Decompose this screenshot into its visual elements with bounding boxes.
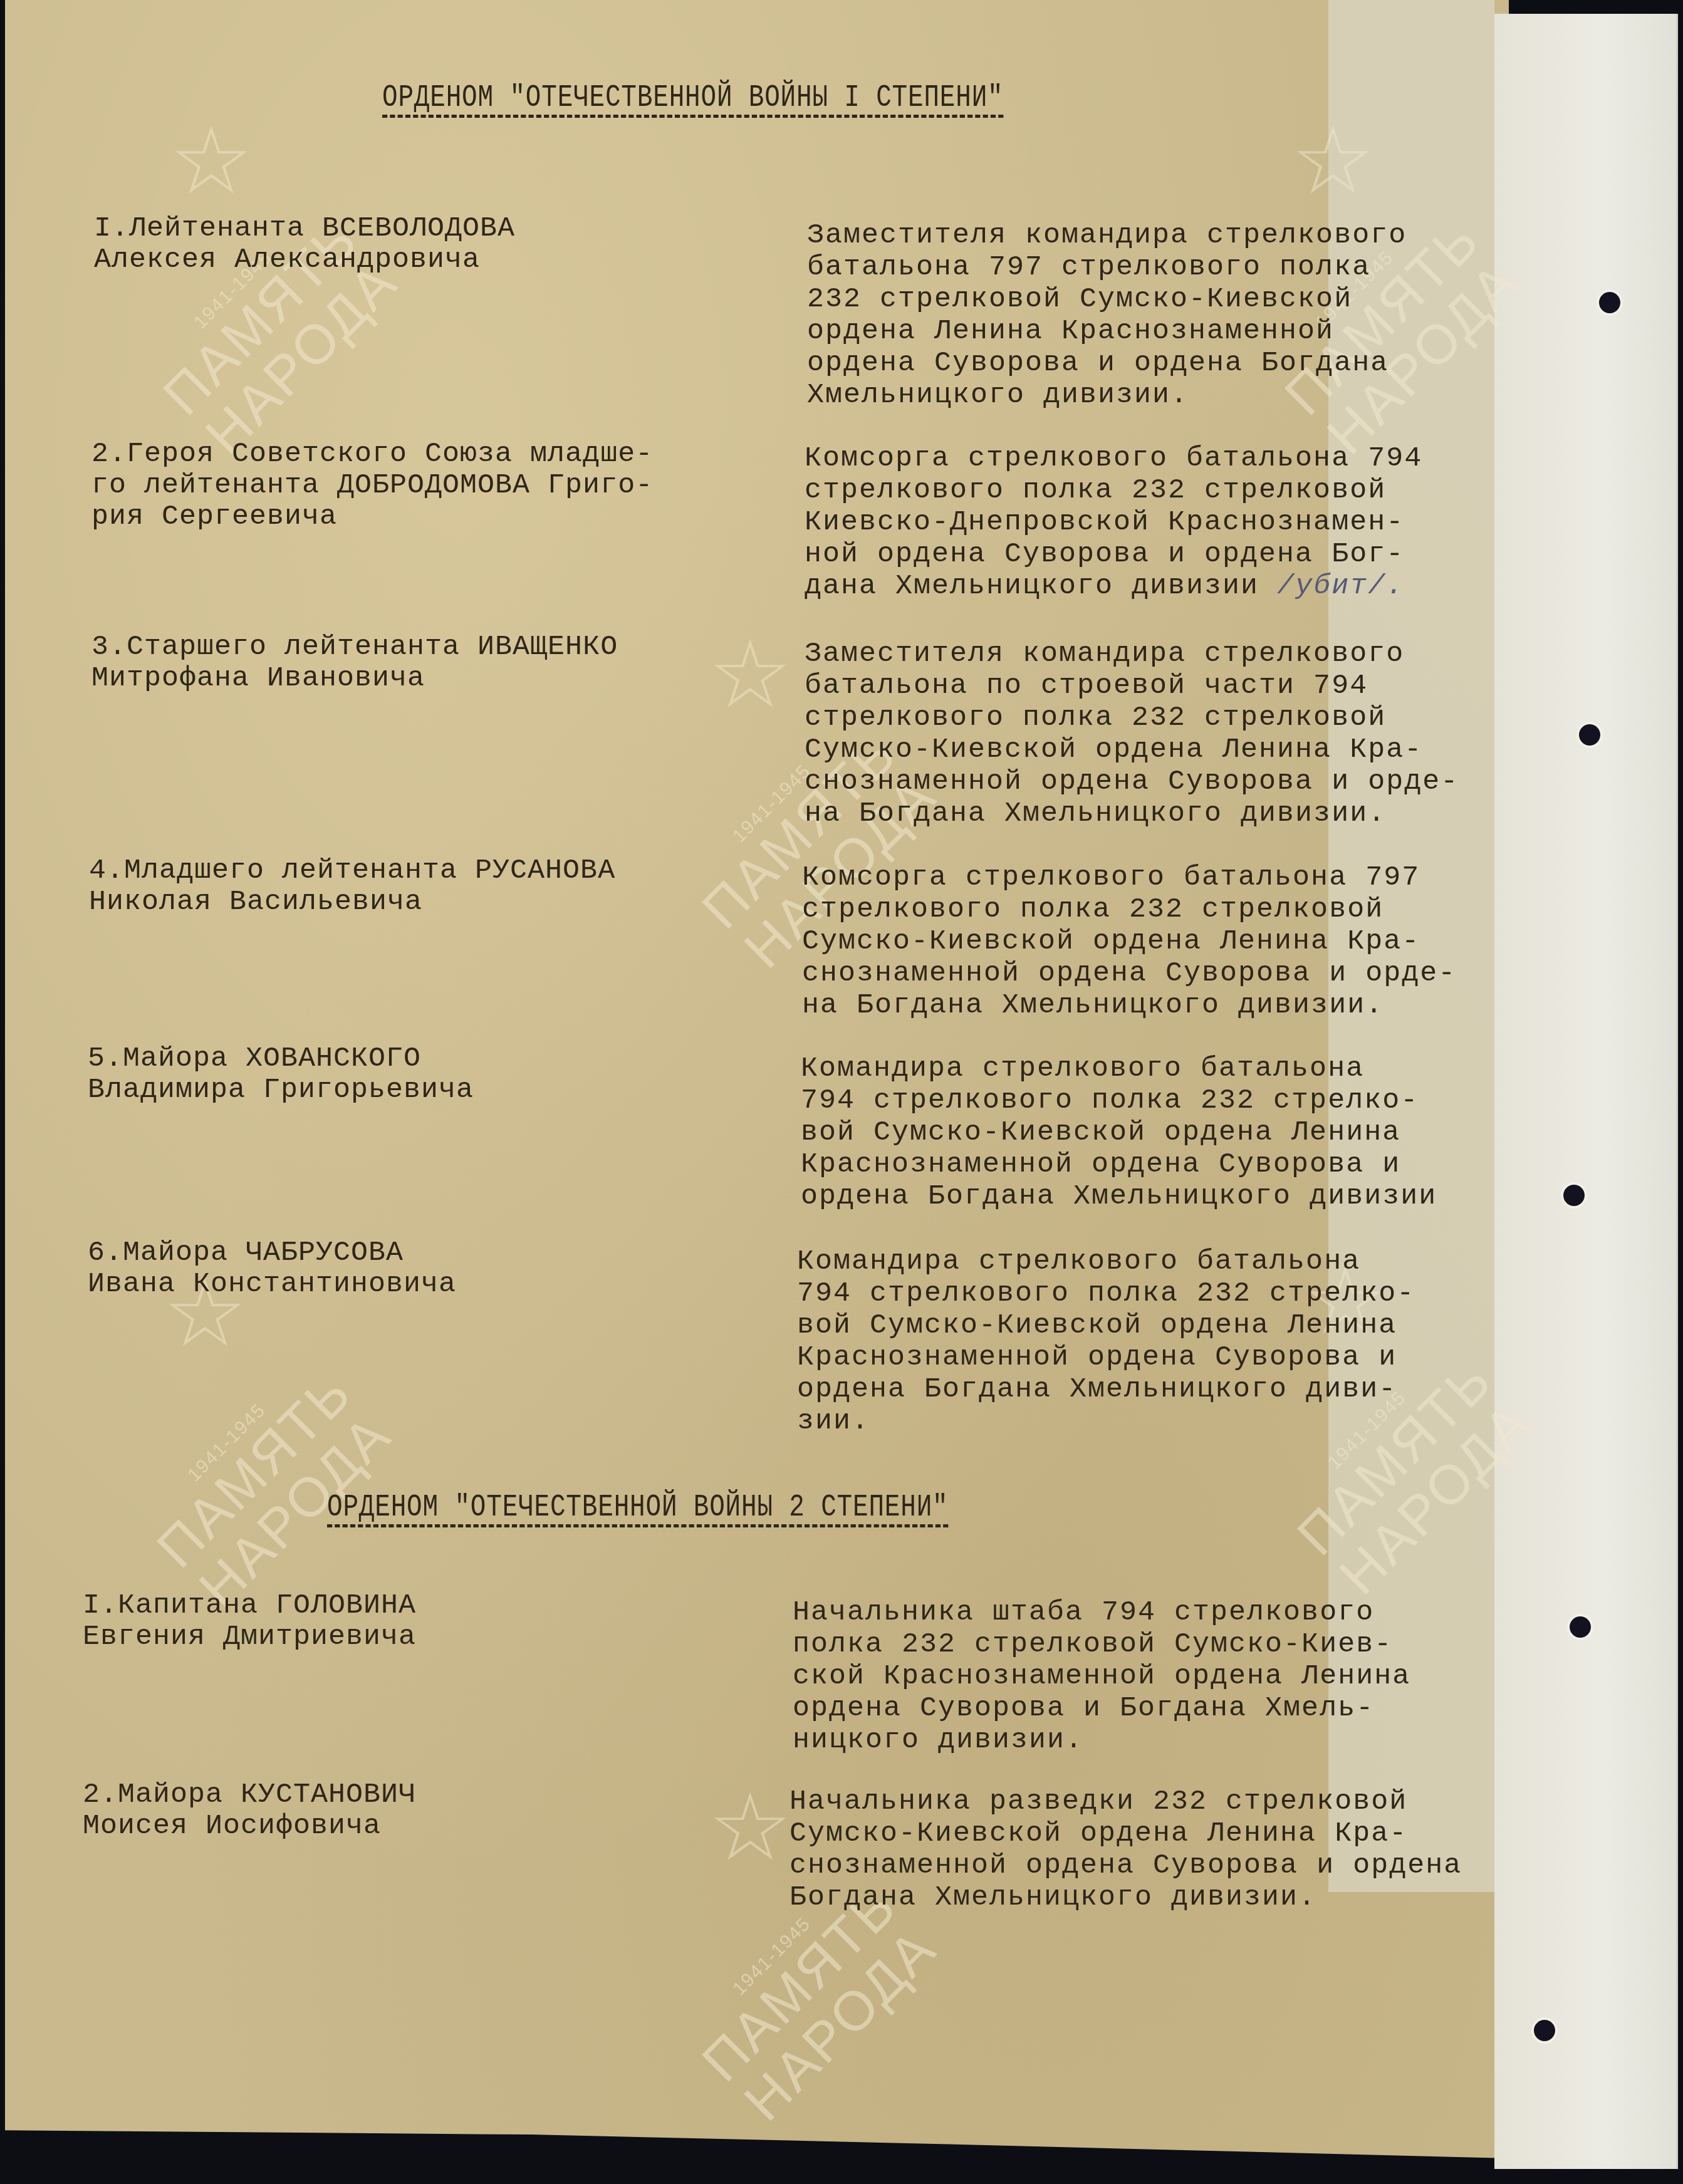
award-entry-position: Комсорга стрелкового батальона 797 стрел… xyxy=(802,861,1456,1021)
award-entry-position: Заместителя командира стрелкового баталь… xyxy=(805,638,1459,829)
section-heading-2: ОРДЕНОМ "ОТЕЧЕСТВЕННОЙ ВОЙНЫ 2 СТЕПЕНИ" xyxy=(327,1490,949,1526)
award-entry-name: 3.Старшего лейтенанта ИВАЩЕНКО Митрофана… xyxy=(91,632,618,694)
award-entry-name: I.Капитана ГОЛОВИНА Евгения Дмитриевича xyxy=(83,1590,416,1653)
document-content: ОРДЕНОМ "ОТЕЧЕСТВЕННОЙ ВОЙНЫ I СТЕПЕНИ" … xyxy=(0,0,1683,2184)
award-entry-position: Заместителя командира стрелкового баталь… xyxy=(807,219,1407,411)
award-entry-position: Комсорга стрелкового батальона 794 стрел… xyxy=(805,442,1422,602)
award-entry-position: Командира стрелкового батальона 794 стре… xyxy=(801,1053,1437,1212)
award-entry-name: 2.Майора КУСТАНОВИЧ Моисея Иосифовича xyxy=(83,1779,416,1842)
award-entry-position: Начальника штаба 794 стрелкового полка 2… xyxy=(793,1596,1410,1756)
award-entry-name: 4.Младшего лейтенанта РУСАНОВА Николая В… xyxy=(89,855,615,918)
award-entry-name: 6.Майора ЧАБРУСОВА Ивана Константиновича xyxy=(88,1237,456,1300)
award-entry-name: I.Лейтенанта ВСЕВОЛОДОВА Алексея Алексан… xyxy=(94,213,515,276)
award-entry-position: Начальника разведки 232 стрелковой Сумск… xyxy=(789,1786,1462,1913)
scanned-document-page: ☆1941-1945ПАМЯТЬНАРОДА☆1941-1945ПАМЯТЬНА… xyxy=(0,0,1683,2184)
award-entry-position: Командира стрелкового батальона 794 стре… xyxy=(797,1245,1415,1437)
award-entry-name: 2.Героя Советского Союза младше- го лейт… xyxy=(91,439,653,533)
award-entry-name: 5.Майора ХОВАНСКОГО Владимира Григорьеви… xyxy=(88,1043,474,1106)
handwritten-note: /убит/. xyxy=(1259,570,1404,602)
section-heading-1: ОРДЕНОМ "ОТЕЧЕСТВЕННОЙ ВОЙНЫ I СТЕПЕНИ" xyxy=(382,80,1004,116)
